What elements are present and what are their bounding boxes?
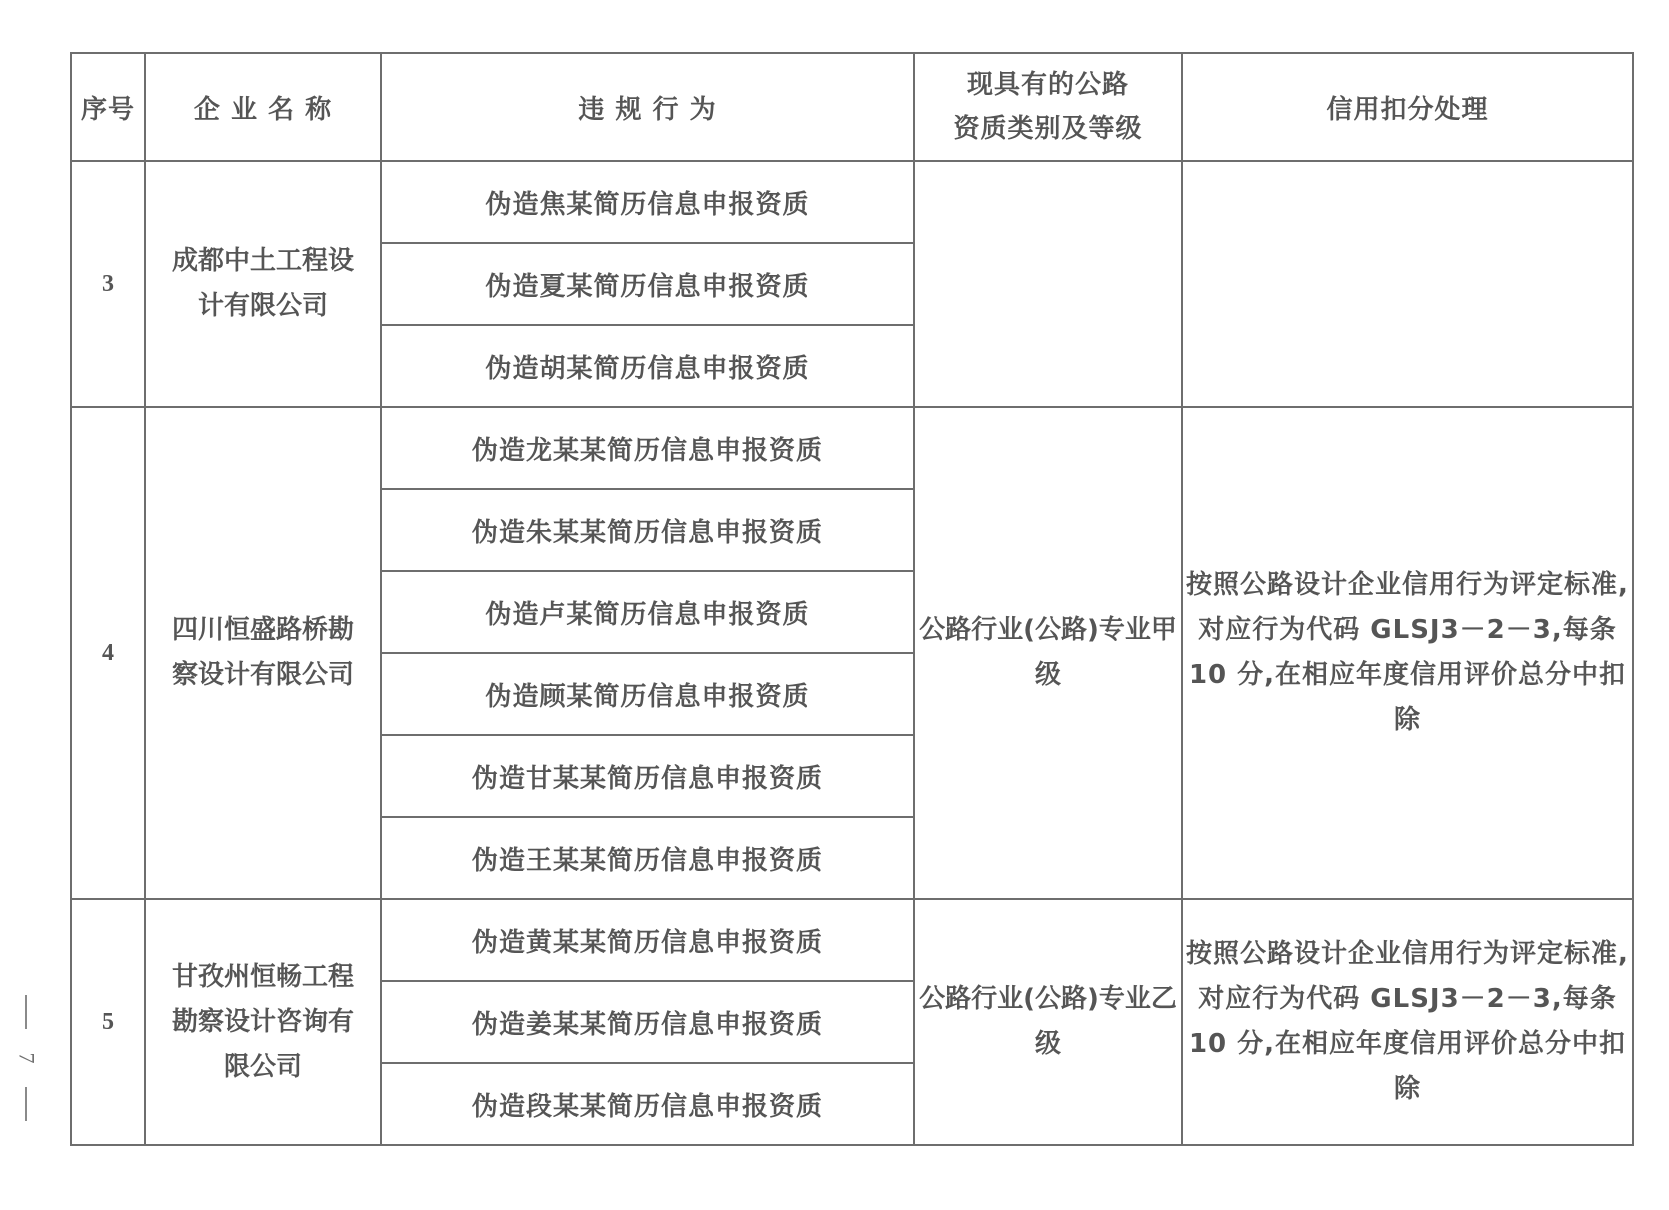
violation-cell: 伪造龙某某简历信息申报资质 (381, 407, 914, 489)
page-number-mark: 7 (16, 995, 36, 1145)
qualification-cell (914, 161, 1182, 407)
header-violation: 违 规 行 为 (381, 53, 914, 161)
page-dash-top (25, 995, 27, 1029)
header-qualification-line1: 现具有的公路 (915, 63, 1181, 107)
violation-cell: 伪造焦某简历信息申报资质 (381, 161, 914, 243)
violation-cell: 伪造甘某某简历信息申报资质 (381, 735, 914, 817)
seq-cell: 3 (71, 161, 145, 407)
violation-cell: 伪造卢某简历信息申报资质 (381, 571, 914, 653)
violation-cell: 伪造夏某简历信息申报资质 (381, 243, 914, 325)
company-name: 成都中土工程设计有限公司 (168, 239, 358, 329)
violation-cell: 伪造朱某某简历信息申报资质 (381, 489, 914, 571)
company-name: 甘孜州恒畅工程勘察设计咨询有限公司 (172, 955, 354, 1090)
table-header-row: 序号 企 业 名 称 违 规 行 为 现具有的公路 资质类别及等级 信用扣分处理 (71, 53, 1633, 161)
header-qualification-line2: 资质类别及等级 (915, 107, 1181, 151)
seq-cell: 5 (71, 899, 145, 1145)
violation-cell: 伪造顾某简历信息申报资质 (381, 653, 914, 735)
seq-cell: 4 (71, 407, 145, 899)
qualification-cell: 公路行业(公路)专业乙级 (914, 899, 1182, 1145)
company-cell: 四川恒盛路桥勘察设计有限公司 (145, 407, 381, 899)
credit-cell: 按照公路设计企业信用行为评定标准,对应行为代码 GLSJ3－2－3,每条 10 … (1182, 899, 1633, 1145)
header-company: 企 业 名 称 (145, 53, 381, 161)
table-row: 5 甘孜州恒畅工程勘察设计咨询有限公司 伪造黄某某简历信息申报资质 公路行业(公… (71, 899, 1633, 981)
qualification-cell: 公路行业(公路)专业甲级 (914, 407, 1182, 899)
violation-cell: 伪造胡某简历信息申报资质 (381, 325, 914, 407)
violation-cell: 伪造姜某某简历信息申报资质 (381, 981, 914, 1063)
credit-cell (1182, 161, 1633, 407)
credit-deduction-table: 序号 企 业 名 称 违 规 行 为 现具有的公路 资质类别及等级 信用扣分处理… (70, 52, 1634, 1146)
page-dash-bottom (25, 1087, 27, 1121)
company-cell: 甘孜州恒畅工程勘察设计咨询有限公司 (145, 899, 381, 1145)
violation-cell: 伪造王某某简历信息申报资质 (381, 817, 914, 899)
table-row: 3 成都中土工程设计有限公司 伪造焦某简历信息申报资质 (71, 161, 1633, 243)
header-credit: 信用扣分处理 (1182, 53, 1633, 161)
credit-cell: 按照公路设计企业信用行为评定标准,对应行为代码 GLSJ3－2－3,每条 10 … (1182, 407, 1633, 899)
table-row: 4 四川恒盛路桥勘察设计有限公司 伪造龙某某简历信息申报资质 公路行业(公路)专… (71, 407, 1633, 489)
company-name: 四川恒盛路桥勘察设计有限公司 (172, 608, 354, 698)
violation-cell: 伪造黄某某简历信息申报资质 (381, 899, 914, 981)
header-seq: 序号 (71, 53, 145, 161)
page-number: 7 (15, 1053, 37, 1064)
violation-cell: 伪造段某某简历信息申报资质 (381, 1063, 914, 1145)
company-cell: 成都中土工程设计有限公司 (145, 161, 381, 407)
header-qualification: 现具有的公路 资质类别及等级 (914, 53, 1182, 161)
